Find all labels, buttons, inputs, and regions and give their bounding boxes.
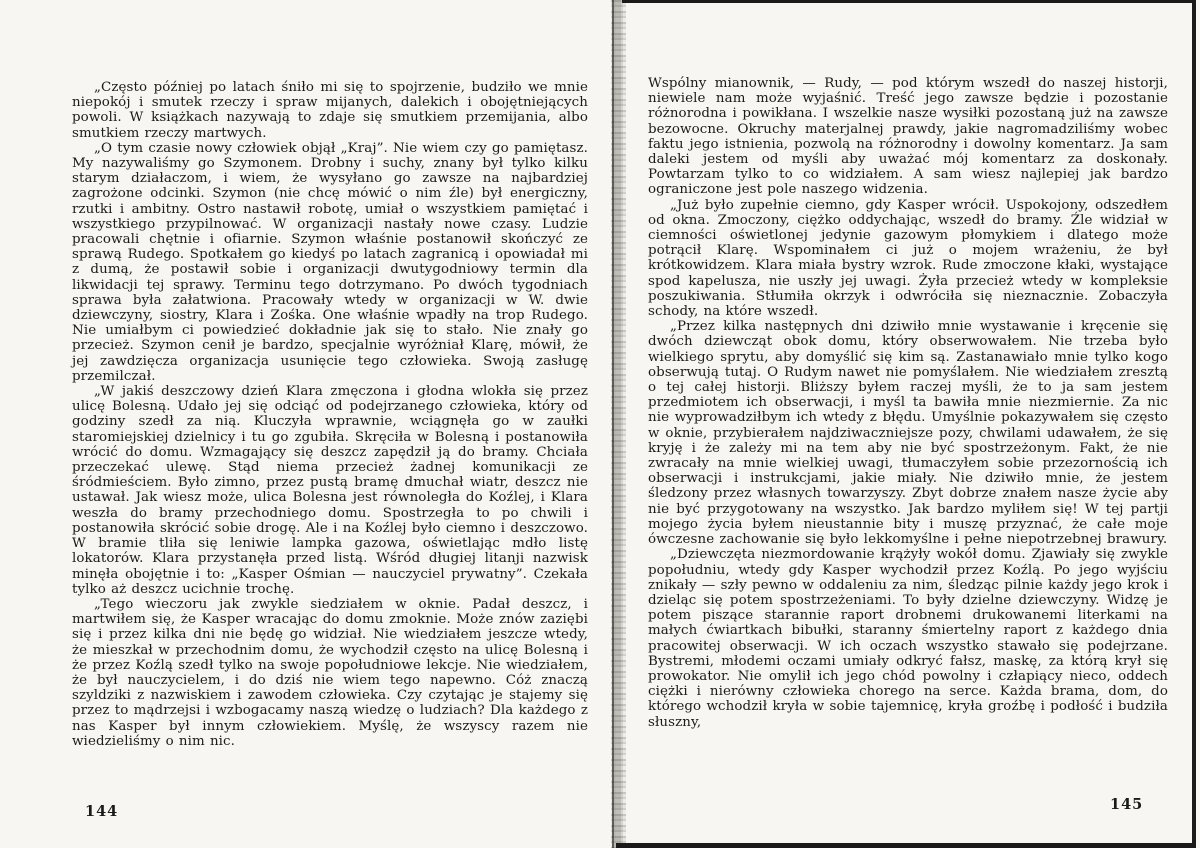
paragraph: „Tego wieczoru jak zwykle siedziałem w o…: [72, 597, 588, 749]
paragraph: „Często później po latach śniło mi się t…: [72, 80, 588, 141]
paragraph: „Już było zupełnie ciemno, gdy Kasper wr…: [648, 198, 1168, 320]
paragraph: Wspólny mianownik, — Rudy, — pod którym …: [648, 76, 1168, 198]
book-spine-gutter-shadow: [611, 0, 626, 848]
paragraph: „Przez kilka następnych dni dziwiło mnie…: [648, 319, 1168, 547]
book-scan: „Często później po latach śniło mi się t…: [0, 0, 1200, 848]
left-page-text: „Często później po latach śniło mi się t…: [72, 80, 588, 749]
scan-edge-top: [622, 0, 1196, 3]
right-page-number: 145: [1110, 796, 1143, 813]
left-page-number: 144: [85, 803, 118, 820]
scan-edge-bottom: [616, 843, 1196, 848]
right-page-text: Wspólny mianownik, — Rudy, — pod którym …: [648, 76, 1168, 730]
scan-edge-right: [1192, 0, 1196, 848]
paragraph: „W jakiś deszczowy dzień Klara zmęczona …: [72, 384, 588, 597]
paragraph: „O tym czasie nowy człowiek objął „Kraj”…: [72, 141, 588, 384]
paragraph: „Dziewczęta niezmordowanie krążyły wokół…: [648, 547, 1168, 729]
